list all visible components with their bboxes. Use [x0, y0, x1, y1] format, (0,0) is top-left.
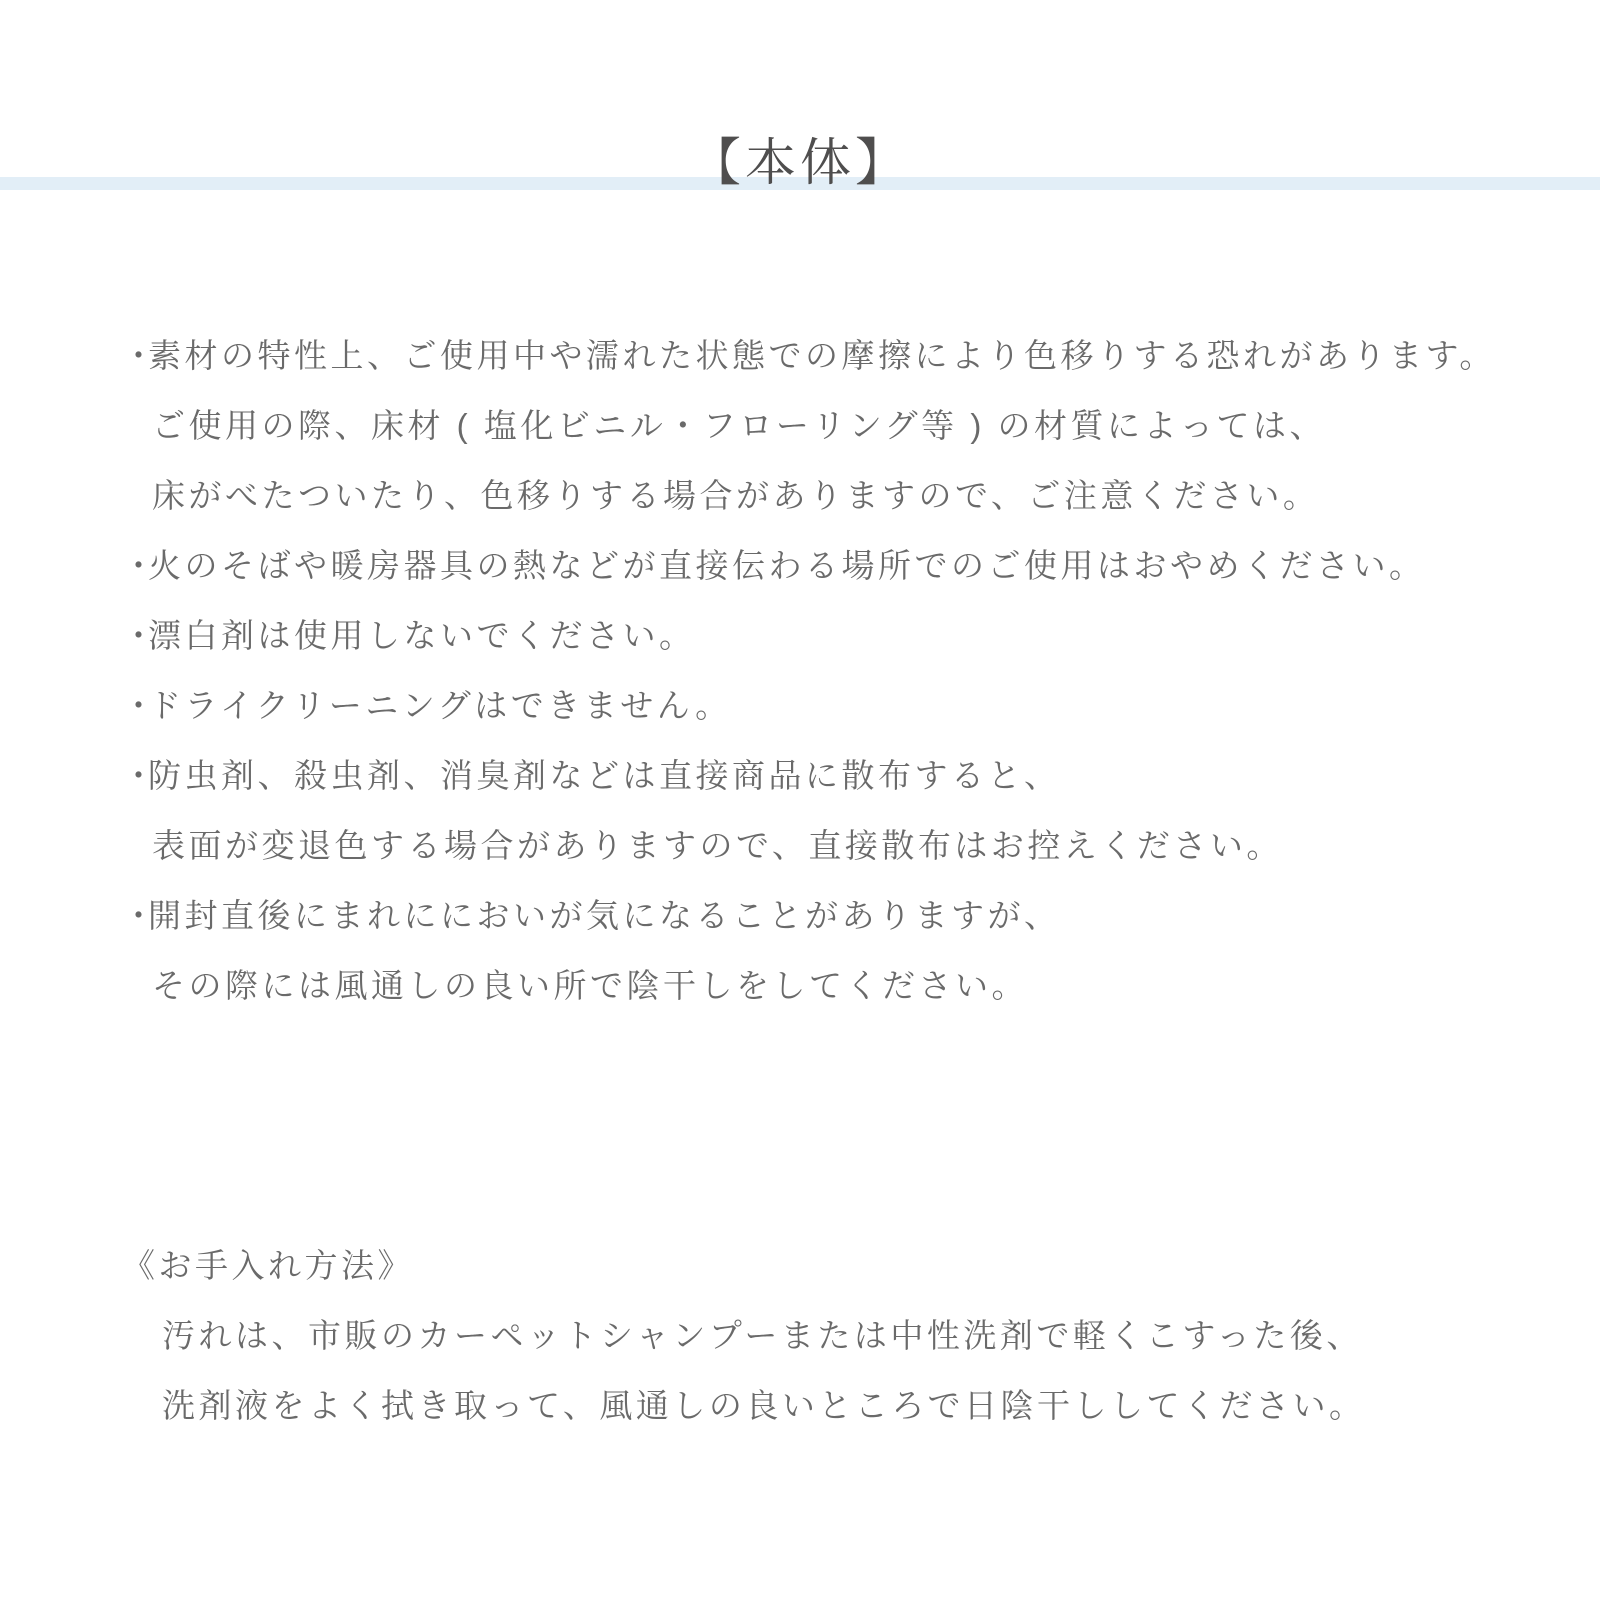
note-line: ・防虫剤、殺虫剤、消臭剤などは直接商品に散布すると、	[122, 741, 1496, 811]
care-line: 洗剤液をよく拭き取って、風通しの良いところで日陰干ししてください。	[122, 1371, 1366, 1441]
care-heading: 《お手入れ方法》	[122, 1231, 1366, 1301]
care-line-text: 汚れは、市販のカーペットシャンプーまたは中性洗剤で軽くこすった後、	[162, 1317, 1363, 1354]
bullet-marker: ・	[122, 321, 148, 391]
bullet-marker: ・	[122, 671, 148, 741]
note-line: ・素材の特性上、ご使用中や濡れた状態での摩擦により色移りする恐れがあります。	[122, 321, 1496, 391]
note-line-text: 漂白剤は使用しないでください。	[148, 617, 696, 654]
note-line-text: 表面が変退色する場合がありますので、直接散布はお控えください。	[152, 827, 1283, 864]
note-line-text: 素材の特性上、ご使用中や濡れた状態での摩擦により色移りする恐れがあります。	[148, 337, 1496, 374]
note-line: 表面が変退色する場合がありますので、直接散布はお控えください。	[122, 811, 1496, 881]
note-line-text: その際には風通しの良い所で陰干しをしてください。	[152, 967, 1028, 1004]
note-item: ・素材の特性上、ご使用中や濡れた状態での摩擦により色移りする恐れがあります。 ご…	[122, 321, 1496, 531]
note-line: その際には風通しの良い所で陰干しをしてください。	[122, 951, 1496, 1021]
note-line-text: 床がべたついたり、色移りする場合がありますので、ご注意ください。	[152, 477, 1319, 514]
note-line: ・開封直後にまれににおいが気になることがありますが、	[122, 881, 1496, 951]
note-line: ご使用の際、床材 ( 塩化ビニル・フローリング等 ) の材質によっては、	[122, 391, 1496, 461]
note-line-text: 火のそばや暖房器具の熱などが直接伝わる場所でのご使用はおやめください。	[148, 547, 1426, 584]
note-line: ・ドライクリーニングはできません。	[122, 671, 1496, 741]
note-item: ・火のそばや暖房器具の熱などが直接伝わる場所でのご使用はおやめください。	[122, 531, 1496, 601]
bullet-marker: ・	[122, 531, 148, 601]
note-line: ・漂白剤は使用しないでください。	[122, 601, 1496, 671]
note-item: ・漂白剤は使用しないでください。	[122, 601, 1496, 671]
note-line-text: ご使用の際、床材 ( 塩化ビニル・フローリング等 ) の材質によっては、	[152, 407, 1326, 444]
care-line: 汚れは、市販のカーペットシャンプーまたは中性洗剤で軽くこすった後、	[122, 1301, 1366, 1371]
note-line: ・火のそばや暖房器具の熱などが直接伝わる場所でのご使用はおやめください。	[122, 531, 1496, 601]
care-section: 《お手入れ方法》 汚れは、市販のカーペットシャンプーまたは中性洗剤で軽くこすった…	[122, 1231, 1366, 1441]
bullet-marker: ・	[122, 881, 148, 951]
notes-list: ・素材の特性上、ご使用中や濡れた状態での摩擦により色移りする恐れがあります。 ご…	[122, 321, 1496, 1021]
page-title: 【本体】	[0, 133, 1600, 193]
bullet-marker: ・	[122, 741, 148, 811]
note-line-text: ドライクリーニングはできません。	[148, 687, 732, 724]
bullet-marker: ・	[122, 601, 148, 671]
note-item: ・防虫剤、殺虫剤、消臭剤などは直接商品に散布すると、 表面が変退色する場合があり…	[122, 741, 1496, 881]
note-line-text: 防虫剤、殺虫剤、消臭剤などは直接商品に散布すると、	[148, 757, 1061, 794]
note-line: 床がべたついたり、色移りする場合がありますので、ご注意ください。	[122, 461, 1496, 531]
care-line-text: 洗剤液をよく拭き取って、風通しの良いところで日陰干ししてください。	[162, 1387, 1366, 1424]
note-item: ・開封直後にまれににおいが気になることがありますが、 その際には風通しの良い所で…	[122, 881, 1496, 1021]
note-item: ・ドライクリーニングはできません。	[122, 671, 1496, 741]
note-line-text: 開封直後にまれににおいが気になることがありますが、	[148, 897, 1061, 934]
